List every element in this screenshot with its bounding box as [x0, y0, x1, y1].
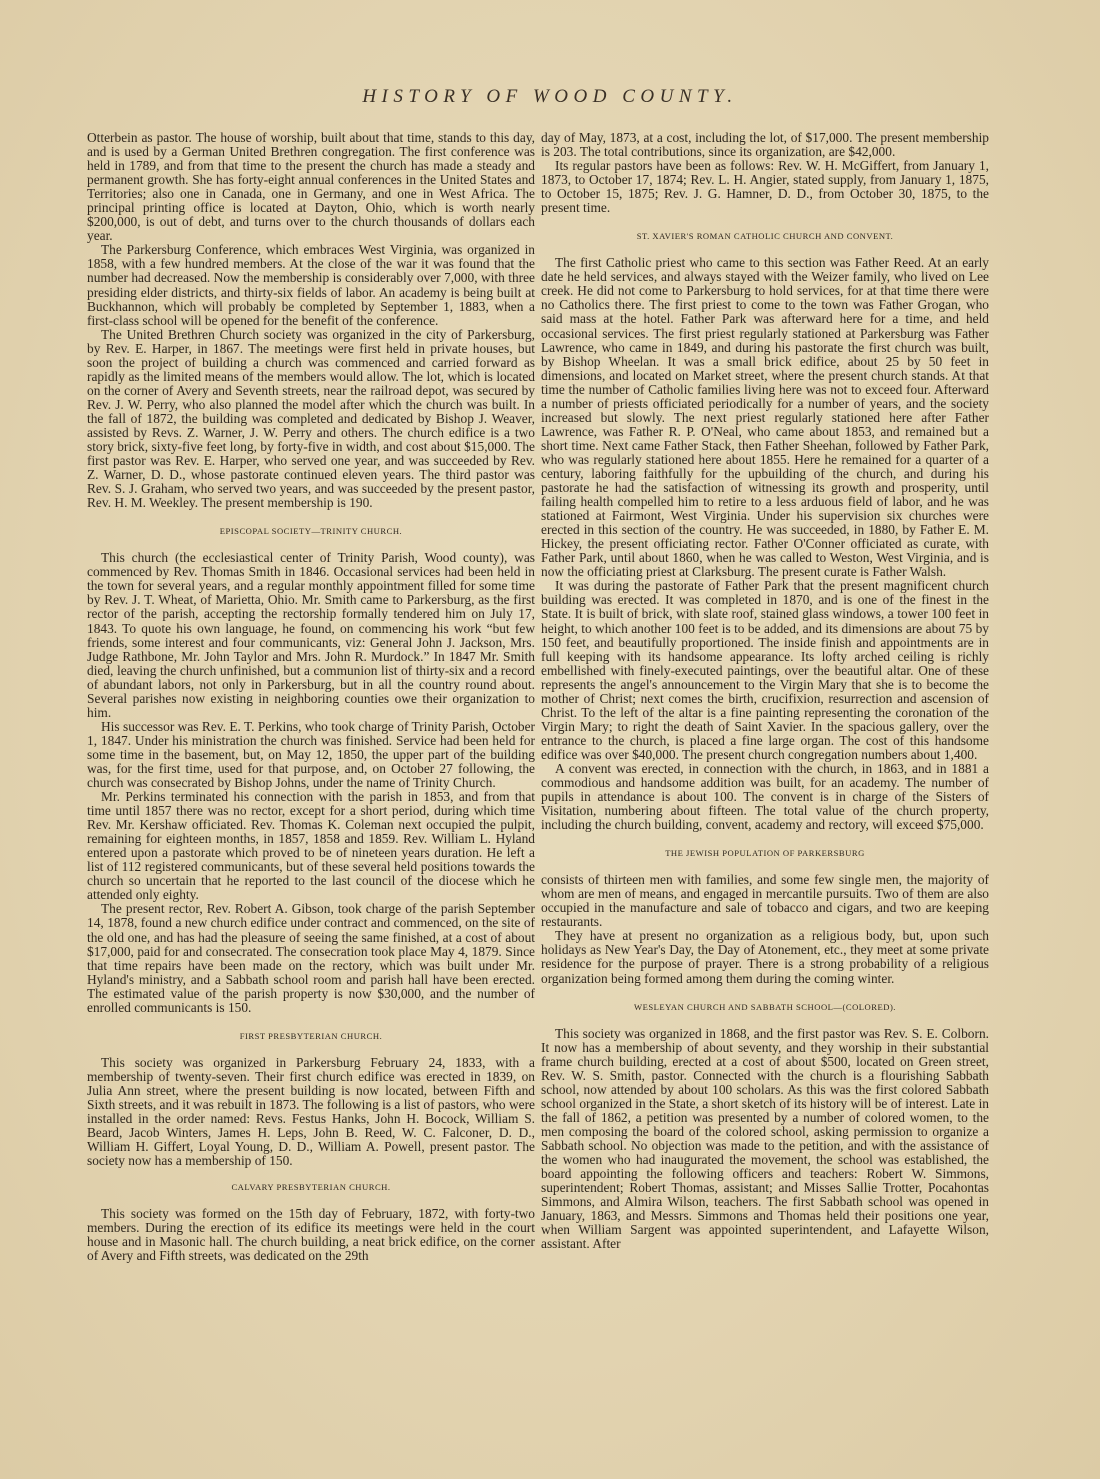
paragraph: This church (the ecclesiastical center o… — [87, 551, 535, 720]
right-column: day of May, 1873, at a cost, including t… — [541, 131, 989, 1251]
paragraph: They have at present no organization as … — [541, 929, 989, 985]
left-column: Otterbein as pastor. The house of worshi… — [87, 131, 535, 1263]
section-heading-jewish: THE JEWISH POPULATION OF PARKERSBURG — [541, 848, 989, 858]
section-heading-episcopal: EPISCOPAL SOCIETY—TRINITY CHURCH. — [87, 526, 535, 536]
section-heading-wesleyan: WESLEYAN CHURCH AND SABBATH SCHOOL—(COLO… — [541, 1002, 989, 1012]
paragraph: Otterbein as pastor. The house of worshi… — [87, 131, 535, 243]
paragraph: This society was organized in Parkersbur… — [87, 1056, 535, 1168]
paragraph: This society was formed on the 15th day … — [87, 1207, 535, 1263]
paragraph: His successor was Rev. E. T. Perkins, wh… — [87, 720, 535, 790]
paragraph: The present rector, Rev. Robert A. Gibso… — [87, 902, 535, 1014]
paragraph: day of May, 1873, at a cost, including t… — [541, 131, 989, 159]
paragraph: The United Brethren Church society was o… — [87, 328, 535, 511]
running-title: HISTORY OF WOOD COUNTY. — [0, 86, 1100, 108]
section-heading-calvary: CALVARY PRESBYTERIAN CHURCH. — [87, 1182, 535, 1192]
section-heading-first-presbyterian: FIRST PRESBYTERIAN CHURCH. — [87, 1031, 535, 1041]
paragraph: It was during the pastorate of Father Pa… — [541, 579, 989, 762]
paragraph: The first Catholic priest who came to th… — [541, 256, 989, 579]
paragraph: Its regular pastors have been as follows… — [541, 159, 989, 215]
paragraph: This society was organized in 1868, and … — [541, 1027, 989, 1252]
paragraph: Mr. Perkins terminated his connection wi… — [87, 790, 535, 902]
paragraph: consists of thirteen men with families, … — [541, 873, 989, 929]
section-heading-st-xavier: ST. XAVIER'S ROMAN CATHOLIC CHURCH AND C… — [541, 231, 989, 241]
paragraph: The Parkersburg Conference, which embrac… — [87, 243, 535, 327]
paragraph: A convent was erected, in connection wit… — [541, 762, 989, 832]
